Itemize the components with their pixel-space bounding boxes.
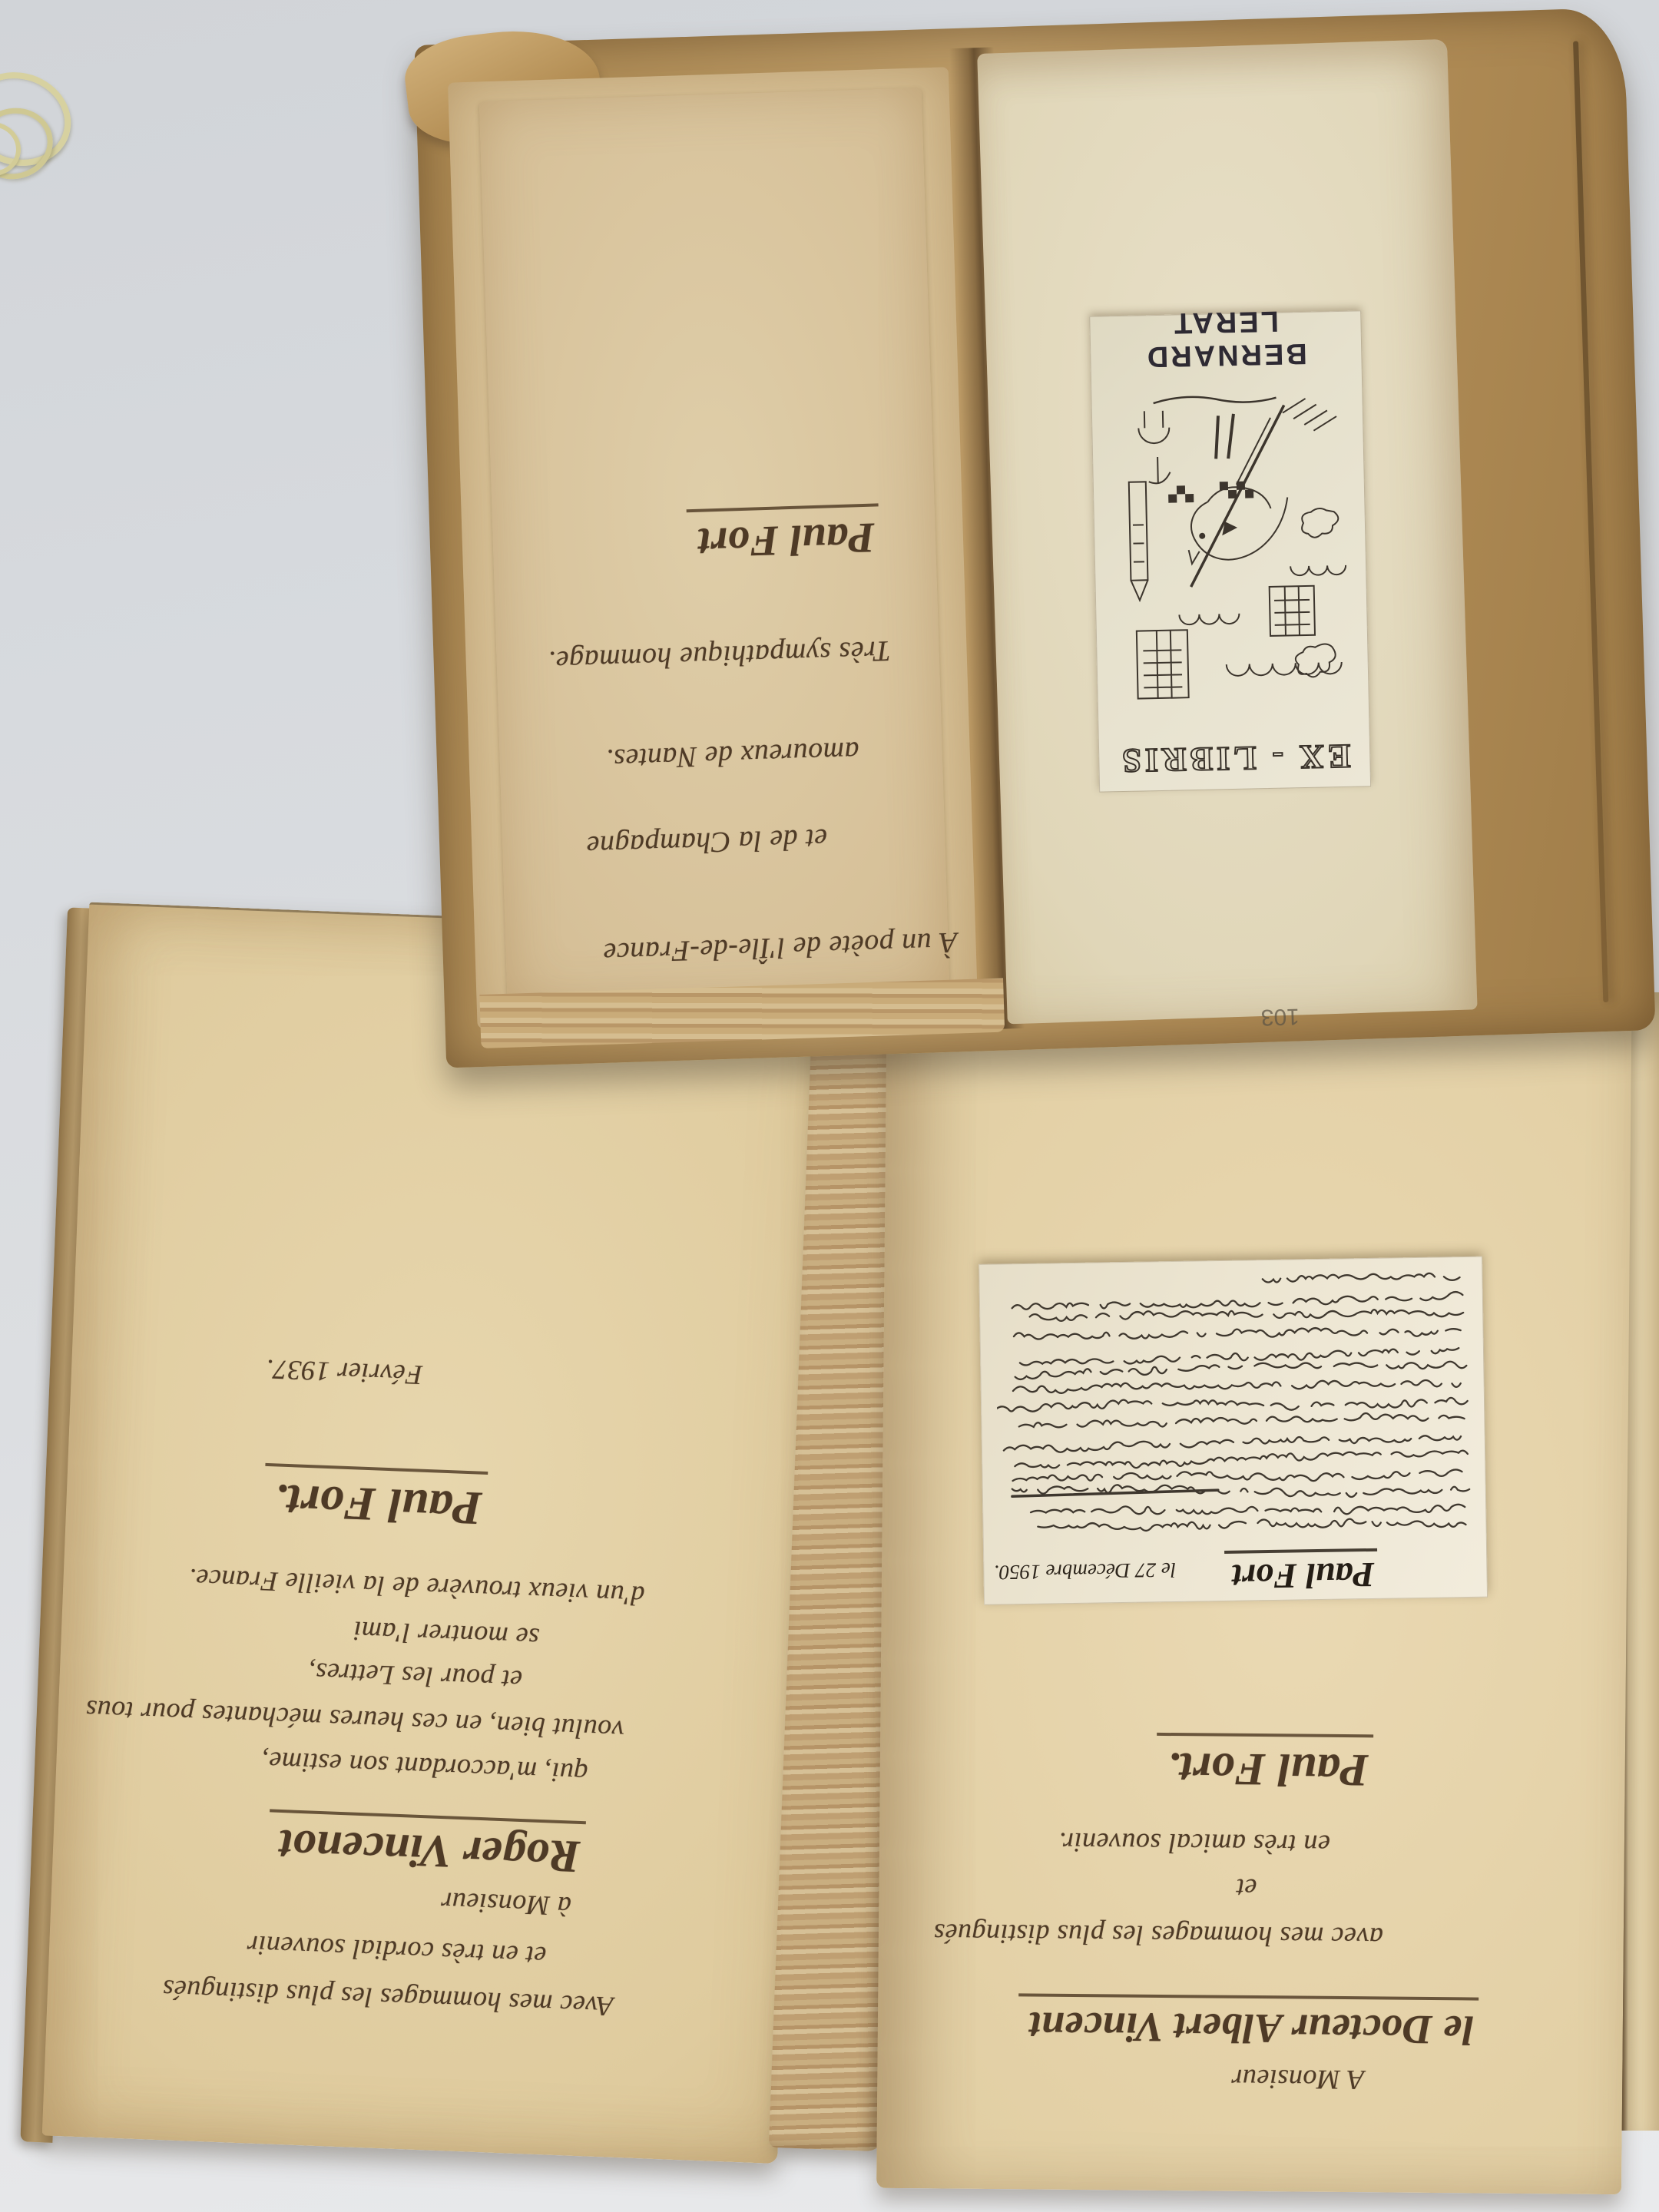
dedication-line: Très sympathique hommage. (548, 634, 891, 678)
ex-libris-plate: EX - LIBRIS (1089, 310, 1371, 792)
bottom-right-book: Paul Fort le 27 Décembre 1950. A Monsieu… (876, 954, 1632, 2192)
ex-libris-label: EX - LIBRIS (1099, 736, 1370, 780)
pencil-page-number: 103 (1260, 1003, 1300, 1031)
dedication-line: et en très cordial souvenir (247, 1929, 547, 1972)
card-heading-signature: Paul Fort (1224, 1548, 1378, 1598)
dedication-date: Février 1937. (265, 1353, 423, 1392)
bottom-left-book: Avec mes hommages les plus distingués et… (19, 901, 929, 2193)
dedication-line: à Monsieur (440, 1886, 571, 1922)
dedication-bottom-right-book: A Monsieur le Docteur Albert Vincent ave… (986, 1683, 1489, 2102)
dedication-line: et de la Champagne (586, 822, 828, 863)
dedication-line: en très amical souvenir. (1058, 1826, 1330, 1861)
dedication-line: amoureux de Nantes. (605, 734, 859, 776)
signature-paul-fort: Paul Fort. (1157, 1733, 1373, 1796)
dedication-line: voulut bien, en ces heures méchantes pou… (85, 1694, 625, 1747)
dedication-line: se montrer l'ami (353, 1614, 540, 1654)
dedication-line: et pour les Lettres, (308, 1656, 523, 1697)
rubber-band (0, 73, 96, 196)
bookplate-illustration (1104, 389, 1356, 732)
top-book: À un poète de l'Île-de-France et de la C… (414, 8, 1655, 1068)
handwritten-letter-card: Paul Fort le 27 Décembre 1950. (979, 1257, 1488, 1605)
dedication-line: avec mes hommages les plus distingués (933, 1917, 1383, 1953)
dedication-line: d'un vieux trouvère de la vieille France… (188, 1562, 645, 1612)
dedication-line: qui, m'accordant son estime, (261, 1745, 589, 1790)
dedication-top-book: À un poète de l'Île-de-France et de la C… (525, 416, 966, 987)
recipient-name-roger-vincenot: Roger Vincenot (267, 1809, 586, 1883)
dedication-line: A Monsieur (1231, 2063, 1365, 2097)
recipient-name-albert-vincent: le Docteur Albert Vincent (1018, 1993, 1479, 2054)
signature-paul-fort: Paul Fort. (263, 1463, 488, 1535)
bookplate-owner-name: BERNARD LERAT (1090, 302, 1362, 373)
dedication-line: et (1236, 1873, 1257, 1905)
dedication-bottom-left-book: Avec mes hommages les plus distingués et… (60, 1326, 661, 2024)
signature-paul-fort: Paul Fort (686, 503, 879, 568)
book-photo: Avec mes hommages les plus distingués et… (0, 0, 1659, 2212)
card-body-squiggles (995, 1265, 1472, 1540)
card-heading-date: le 27 Décembre 1950. (994, 1558, 1177, 1584)
dedication-line: À un poète de l'Île-de-France (602, 925, 958, 969)
